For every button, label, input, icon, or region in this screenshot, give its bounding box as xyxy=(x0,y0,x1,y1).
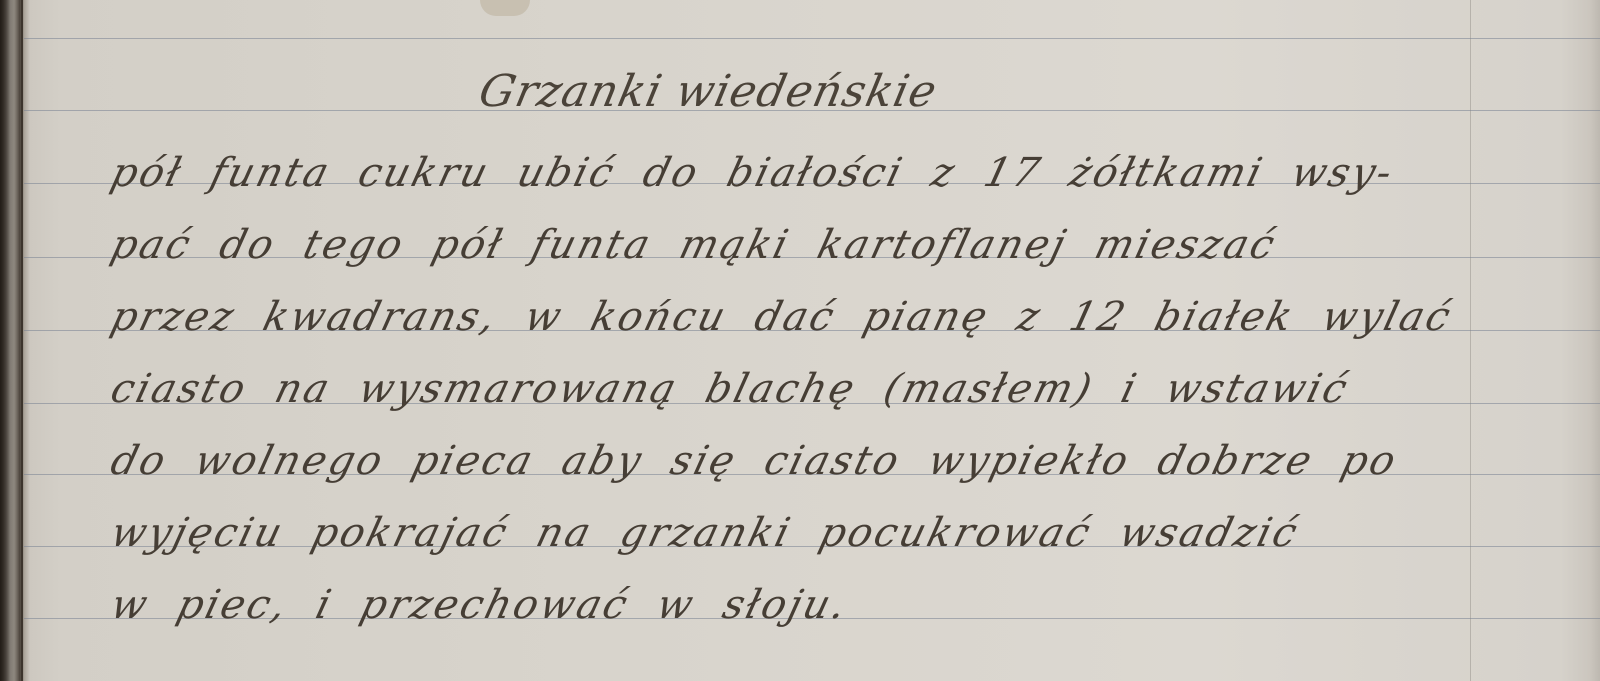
recipe-line: ciasto na wysmarowaną blachę (masłem) i … xyxy=(106,366,1354,412)
recipe-title: Grzanki wiedeńskie xyxy=(475,66,942,117)
recipe-line: pół funta cukru ubić do białości z 17 żó… xyxy=(106,150,1399,196)
notebook-page-photo: Grzanki wiedeńskie pół funta cukru ubić … xyxy=(0,0,1600,681)
recipe-line: w piec, i przechować w słoju. xyxy=(106,582,853,628)
recipe-line: pać do tego pół funta mąki kartoflanej m… xyxy=(106,222,1281,268)
recipe-text: Grzanki wiedeńskie pół funta cukru ubić … xyxy=(0,0,1600,681)
recipe-line: wyjęciu pokrajać na grzanki pocukrować w… xyxy=(106,510,1304,556)
recipe-line: do wolnego pieca aby się ciasto wypiekło… xyxy=(106,438,1402,484)
recipe-line: przez kwadrans, w końcu dać pianę z 12 b… xyxy=(106,294,1457,340)
